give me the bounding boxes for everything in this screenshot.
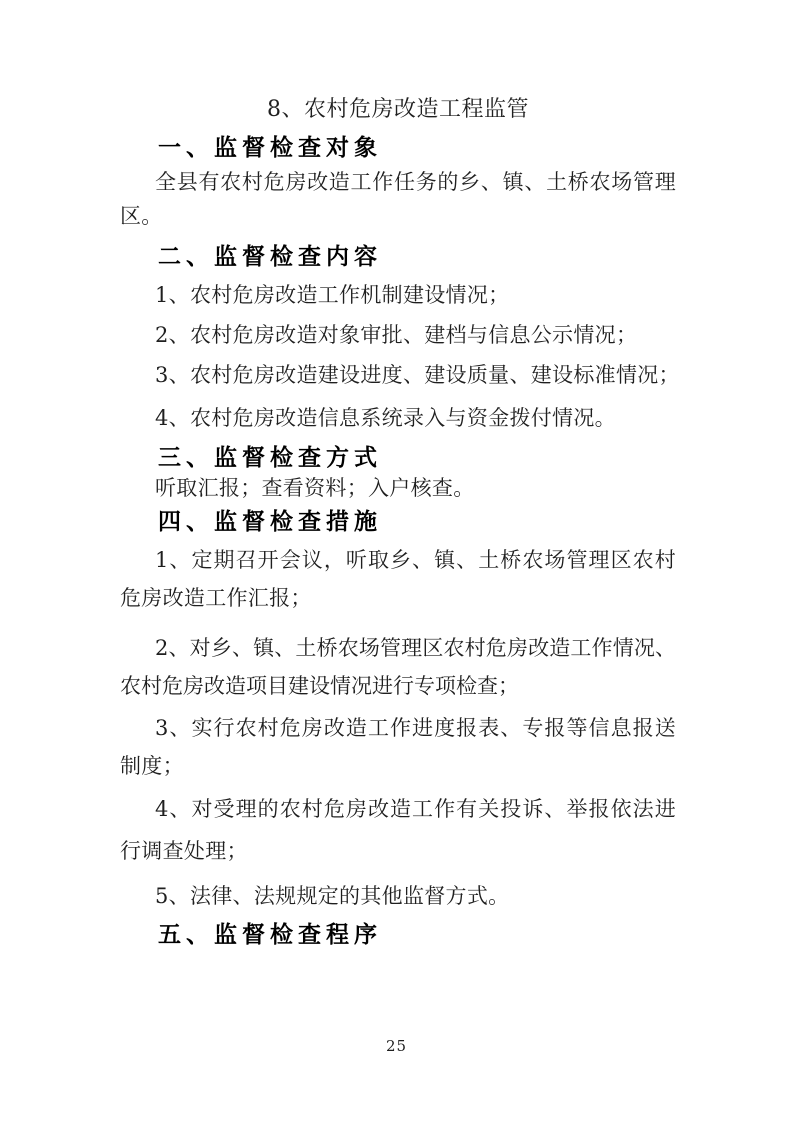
section-heading-1: 一、监督检查对象 (120, 133, 676, 163)
document-page: 8、农村危房改造工程监管 一、监督检查对象 全县有农村危房改造工作任务的乡、镇、… (0, 0, 793, 1122)
section-heading-5: 五、监督检查程序 (120, 920, 676, 950)
section-4-item-3: 3、实行农村危房改造工作进度报表、专报等信息报送制度； (120, 709, 676, 785)
section-4-item-4: 4、对受理的农村危房改造工作有关投诉、举报依法进行调查处理； (120, 788, 676, 872)
section-1-paragraph: 全县有农村危房改造工作任务的乡、镇、土桥农场管理区。 (120, 165, 676, 233)
section-2-item-4: 4、农村危房改造信息系统录入与资金拨付情况。 (120, 403, 676, 433)
section-2-item-3: 3、农村危房改造建设进度、建设质量、建设标准情况； (120, 360, 676, 390)
section-4-item-2: 2、对乡、镇、土桥农场管理区农村危房改造工作情况、农村危房改造项目建设情况进行专… (120, 629, 676, 705)
page-number: 25 (0, 1036, 793, 1056)
section-2-item-2: 2、农村危房改造对象审批、建档与信息公示情况； (120, 320, 676, 350)
section-heading-4: 四、监督检查措施 (120, 507, 676, 537)
doc-title: 8、农村危房改造工程监管 (120, 95, 676, 125)
section-4-item-1: 1、定期召开会议，听取乡、镇、土桥农场管理区农村危房改造工作汇报； (120, 541, 676, 617)
section-3-paragraph: 听取汇报；查看资料；入户核查。 (120, 473, 676, 503)
section-heading-3: 三、监督检查方式 (120, 443, 676, 473)
section-heading-2: 二、监督检查内容 (120, 242, 676, 272)
section-4-item-5: 5、法律、法规规定的其他监督方式。 (120, 881, 676, 911)
section-2-item-1: 1、农村危房改造工作机制建设情况； (120, 280, 676, 310)
